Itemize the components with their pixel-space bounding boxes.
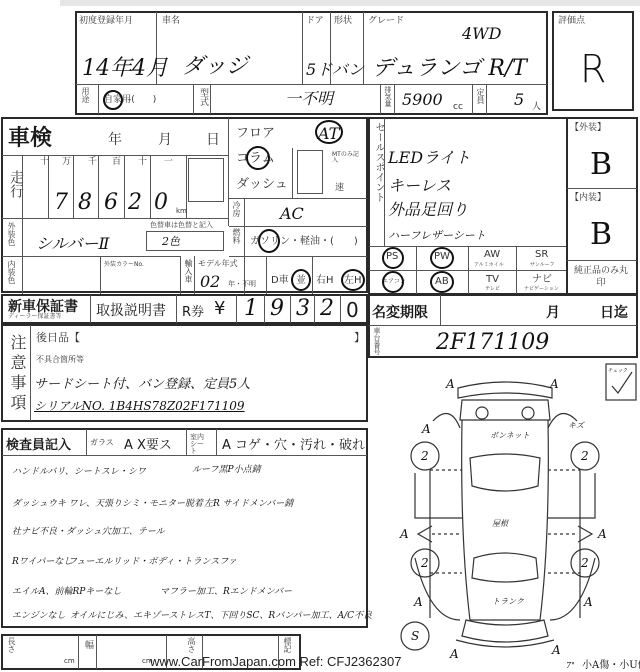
- length-unit: cm: [64, 658, 75, 665]
- diagram-legend-prefix: 7": [566, 661, 575, 670]
- first-registration-label: 初度登録年月: [79, 17, 133, 26]
- name-change-month: 月: [546, 302, 560, 322]
- glass-legend: A X要ス: [124, 434, 172, 453]
- equip-aw: AW: [484, 250, 500, 260]
- mt-speed-label: 速: [335, 184, 344, 193]
- recycle-digit-3: 3: [296, 298, 310, 320]
- recycle-digit-5: 0: [346, 298, 359, 322]
- defects-label: 不具合箇所等: [36, 356, 84, 364]
- notes-label: 注意事項: [6, 334, 29, 414]
- right-hand-label: 右H: [316, 276, 334, 286]
- digit-label-hundred: 百: [112, 158, 121, 167]
- mileage-digit-2: 8: [78, 192, 92, 214]
- mark-rear-tire-right: 2: [580, 556, 589, 570]
- d-car-circle: [291, 269, 311, 291]
- width-label: 幅: [82, 640, 95, 649]
- color-change-value: 2色: [162, 236, 180, 247]
- mark-side-left: A: [399, 527, 409, 541]
- recycle-digit-1: 1: [244, 298, 258, 320]
- displacement-unit: cc: [453, 103, 463, 112]
- later-items-label: 後日品【: [36, 332, 80, 343]
- mark-front-fender-left: A: [421, 422, 431, 436]
- chassis-label: 車台番号: [372, 327, 382, 355]
- left-hand-circle: [341, 269, 365, 291]
- shaken-label: 車検: [8, 121, 52, 152]
- mileage-label: 走行: [6, 170, 26, 198]
- comment-4b: フューエルリッド・ボディ・トランスファ: [68, 558, 237, 567]
- mark-front-fender-right: キズ: [568, 421, 585, 430]
- mark-front-tire-right: 2: [580, 449, 589, 463]
- comment-5b: マフラー加工、Rエンドメンバー: [160, 588, 292, 597]
- later-items-close: 】: [354, 332, 365, 343]
- shift-floor: フロア: [236, 127, 275, 140]
- score-label: 評価点: [558, 17, 585, 26]
- mark-rear-bumper-right: A: [551, 643, 561, 657]
- equip-ab-circle: [430, 271, 454, 293]
- equip-ps-circle: [382, 247, 404, 269]
- digit-label-thousand: 千: [88, 158, 97, 167]
- grade-label: グレード: [368, 17, 404, 26]
- sales-point-4: ハーフレザーシート: [388, 230, 486, 241]
- mark-side-right: A: [597, 527, 607, 541]
- comment-6a: エンジンなし: [12, 612, 66, 621]
- recycle-label: R券: [182, 301, 204, 320]
- comment-3a: 社ナビ不良・ダッシュ穴加工、テール: [12, 528, 165, 537]
- height-label: 高さ: [186, 637, 197, 653]
- fuel-label: 燃料: [231, 228, 242, 244]
- car-name-label: 車名: [162, 17, 180, 26]
- import-label: 輸入車: [183, 259, 194, 283]
- aircon-label: 冷房: [231, 201, 242, 217]
- mileage-digit-3: 6: [104, 192, 118, 214]
- warranty-sub: ディーラー保証書等: [8, 314, 62, 320]
- interior-grade-label: 【内装】: [570, 194, 606, 203]
- fuel-gasoline-circle: [258, 229, 280, 253]
- recycle-digit-2: 9: [270, 298, 284, 320]
- name-change-label: 名変期限: [372, 302, 428, 322]
- model-year-value: 02: [200, 274, 220, 290]
- shaken-year-label: 年: [108, 133, 122, 147]
- diagram-hood-label: ボンネット: [490, 431, 530, 440]
- mt-only-label: MTのみ記入: [332, 152, 362, 164]
- equip-navi-sub: ナビゲーション: [524, 287, 559, 292]
- mark-rear-quarter-right: A: [583, 595, 593, 609]
- manual-label: 取扱説明書: [96, 300, 166, 320]
- shaken-day-label: 日: [206, 133, 220, 147]
- shift-dash: ダッシュ: [236, 178, 288, 191]
- comment-2a: ダッシュウキ ワレ、天張りシミ・モニター脱着: [12, 500, 203, 509]
- exterior-color-label: 外装色: [6, 222, 17, 246]
- mileage-digit-1: 7: [54, 192, 68, 214]
- inspector-header-label: 検査員記入: [6, 434, 71, 453]
- comment-1b: ルーフ黒P小点錆: [192, 466, 261, 475]
- diagram-rear-label: トランク: [492, 597, 524, 606]
- interior-grade-value: B: [590, 220, 612, 250]
- aircon-value: AC: [280, 206, 304, 222]
- mileage-unit: km: [176, 208, 187, 215]
- interior-color-label: 内装色: [6, 260, 17, 284]
- car-name-value: ダッジ: [182, 56, 248, 78]
- interior-seat-label: 室内シート: [190, 434, 210, 455]
- glass-label: ガラス: [90, 439, 114, 447]
- capacity-label: 定員: [475, 88, 486, 104]
- door-shape-value: 5ドバン: [306, 62, 364, 78]
- digit-label-one: 一: [164, 158, 173, 167]
- model-year-label: モデル年式: [198, 260, 238, 268]
- model-value: 一不明: [285, 91, 333, 107]
- equip-sr-sub: サンルーフ: [530, 263, 554, 268]
- mark-front-bumper-left: A: [445, 377, 455, 391]
- drive-value: 4WD: [462, 26, 501, 42]
- mark-rear-quarter-left: A: [413, 595, 423, 609]
- car-diagram: A A A キズ 2 2 A A 2 2 A A A A S ボンネット 屋根 …: [370, 358, 640, 672]
- sales-point-1: LEDライト: [388, 150, 471, 166]
- equip-sr: SR: [535, 250, 548, 260]
- mark-rear-bumper-left: A: [449, 647, 459, 661]
- score-value: R: [580, 50, 606, 88]
- diagram-roof-label: 屋根: [492, 519, 509, 528]
- exterior-grade-value: B: [590, 150, 612, 180]
- sales-point-2: キーレス: [388, 178, 451, 194]
- mileage-digit-4: 2: [128, 192, 142, 214]
- model-year-suffix: 年・不明: [228, 281, 256, 288]
- mark-front-bumper-right: A: [549, 377, 559, 391]
- notes-line-1: サードシート付、バン登録、定員5人: [34, 378, 250, 391]
- digit-label-ten: 十: [138, 158, 147, 167]
- recycle-currency: ¥: [214, 298, 225, 319]
- shaken-month-label: 月: [158, 133, 172, 147]
- equip-ac-circle: [382, 271, 404, 293]
- equip-tv-sub: テレビ: [485, 287, 500, 292]
- chassis-value: 2F171109: [436, 332, 549, 354]
- displacement-label: 排気量: [383, 86, 393, 107]
- comment-2b: 左R サイドメンバー錆: [204, 500, 293, 509]
- mark-rear-tire-left: 2: [420, 556, 429, 570]
- transmission-circle: [315, 120, 343, 144]
- diagram-legend: 小A傷・小U傷: [582, 658, 640, 671]
- exterior-grade-label: 【外装】: [570, 124, 606, 133]
- equip-aw-sub: アルミホイル: [474, 263, 504, 268]
- comment-5a: エイルA、前輪RPキーなし: [12, 588, 121, 597]
- sales-point-3: 外品足回り: [388, 202, 468, 218]
- interior-legend: A コゲ・穴・汚れ・破れ: [222, 434, 365, 453]
- scan-top-edge: [60, 0, 640, 6]
- notes-line-2: シリアルNO. 1B4HS78Z02F171109: [34, 400, 245, 412]
- comment-6b: オイルにじみ、エキゾーストレスT、下回りSC、Rバンパー加工、A/C不良: [70, 612, 372, 621]
- checkbox-label: チェック: [608, 368, 628, 374]
- displacement-value: 5900: [402, 92, 443, 108]
- comment-4a: Rワイパーなし: [12, 558, 72, 567]
- length-label: 長さ: [6, 637, 17, 653]
- shape-label: 形状: [334, 17, 352, 26]
- model-label: 型式: [197, 88, 210, 106]
- watermark: www.CarFromJapan.com Ref: CFJ2362307: [150, 654, 401, 669]
- digit-label-hundred-thousand: 十: [40, 158, 49, 167]
- d-car-label: D車: [271, 276, 289, 286]
- grade-value: デュランゴ R/T: [372, 58, 527, 80]
- genuine-only-label: 純正品のみ丸印: [572, 266, 630, 289]
- equip-navi: ナビ: [532, 275, 552, 285]
- usage-label: 用途: [80, 87, 91, 103]
- recycle-digit-4: 2: [320, 298, 334, 320]
- digit-label-ten-thousand: 万: [62, 158, 71, 167]
- first-registration-value: 14年4月: [82, 58, 168, 80]
- equip-tv: TV: [486, 275, 499, 285]
- exterior-color-no-label: 外装カラーNo.: [104, 262, 144, 268]
- mark-front-tire-left: 2: [420, 449, 429, 463]
- exterior-color-value: シルバーⅡ: [36, 236, 109, 252]
- mileage-digit-5: 0: [154, 192, 168, 214]
- door-label: ドア: [306, 17, 324, 26]
- capacity-value: 5: [514, 92, 524, 108]
- notation-label: 標記: [282, 637, 293, 653]
- color-change-label: 色替車は色替と記入: [150, 222, 213, 229]
- mark-spare: S: [411, 629, 419, 643]
- shift-column-circle: [246, 146, 270, 170]
- usage-circle: [103, 90, 123, 110]
- capacity-unit: 人: [532, 103, 541, 112]
- comment-1a: ハンドルバリ、シートスレ・シワ: [12, 468, 146, 477]
- equip-pw-circle: [430, 247, 454, 269]
- name-change-day: 日迄: [600, 302, 628, 322]
